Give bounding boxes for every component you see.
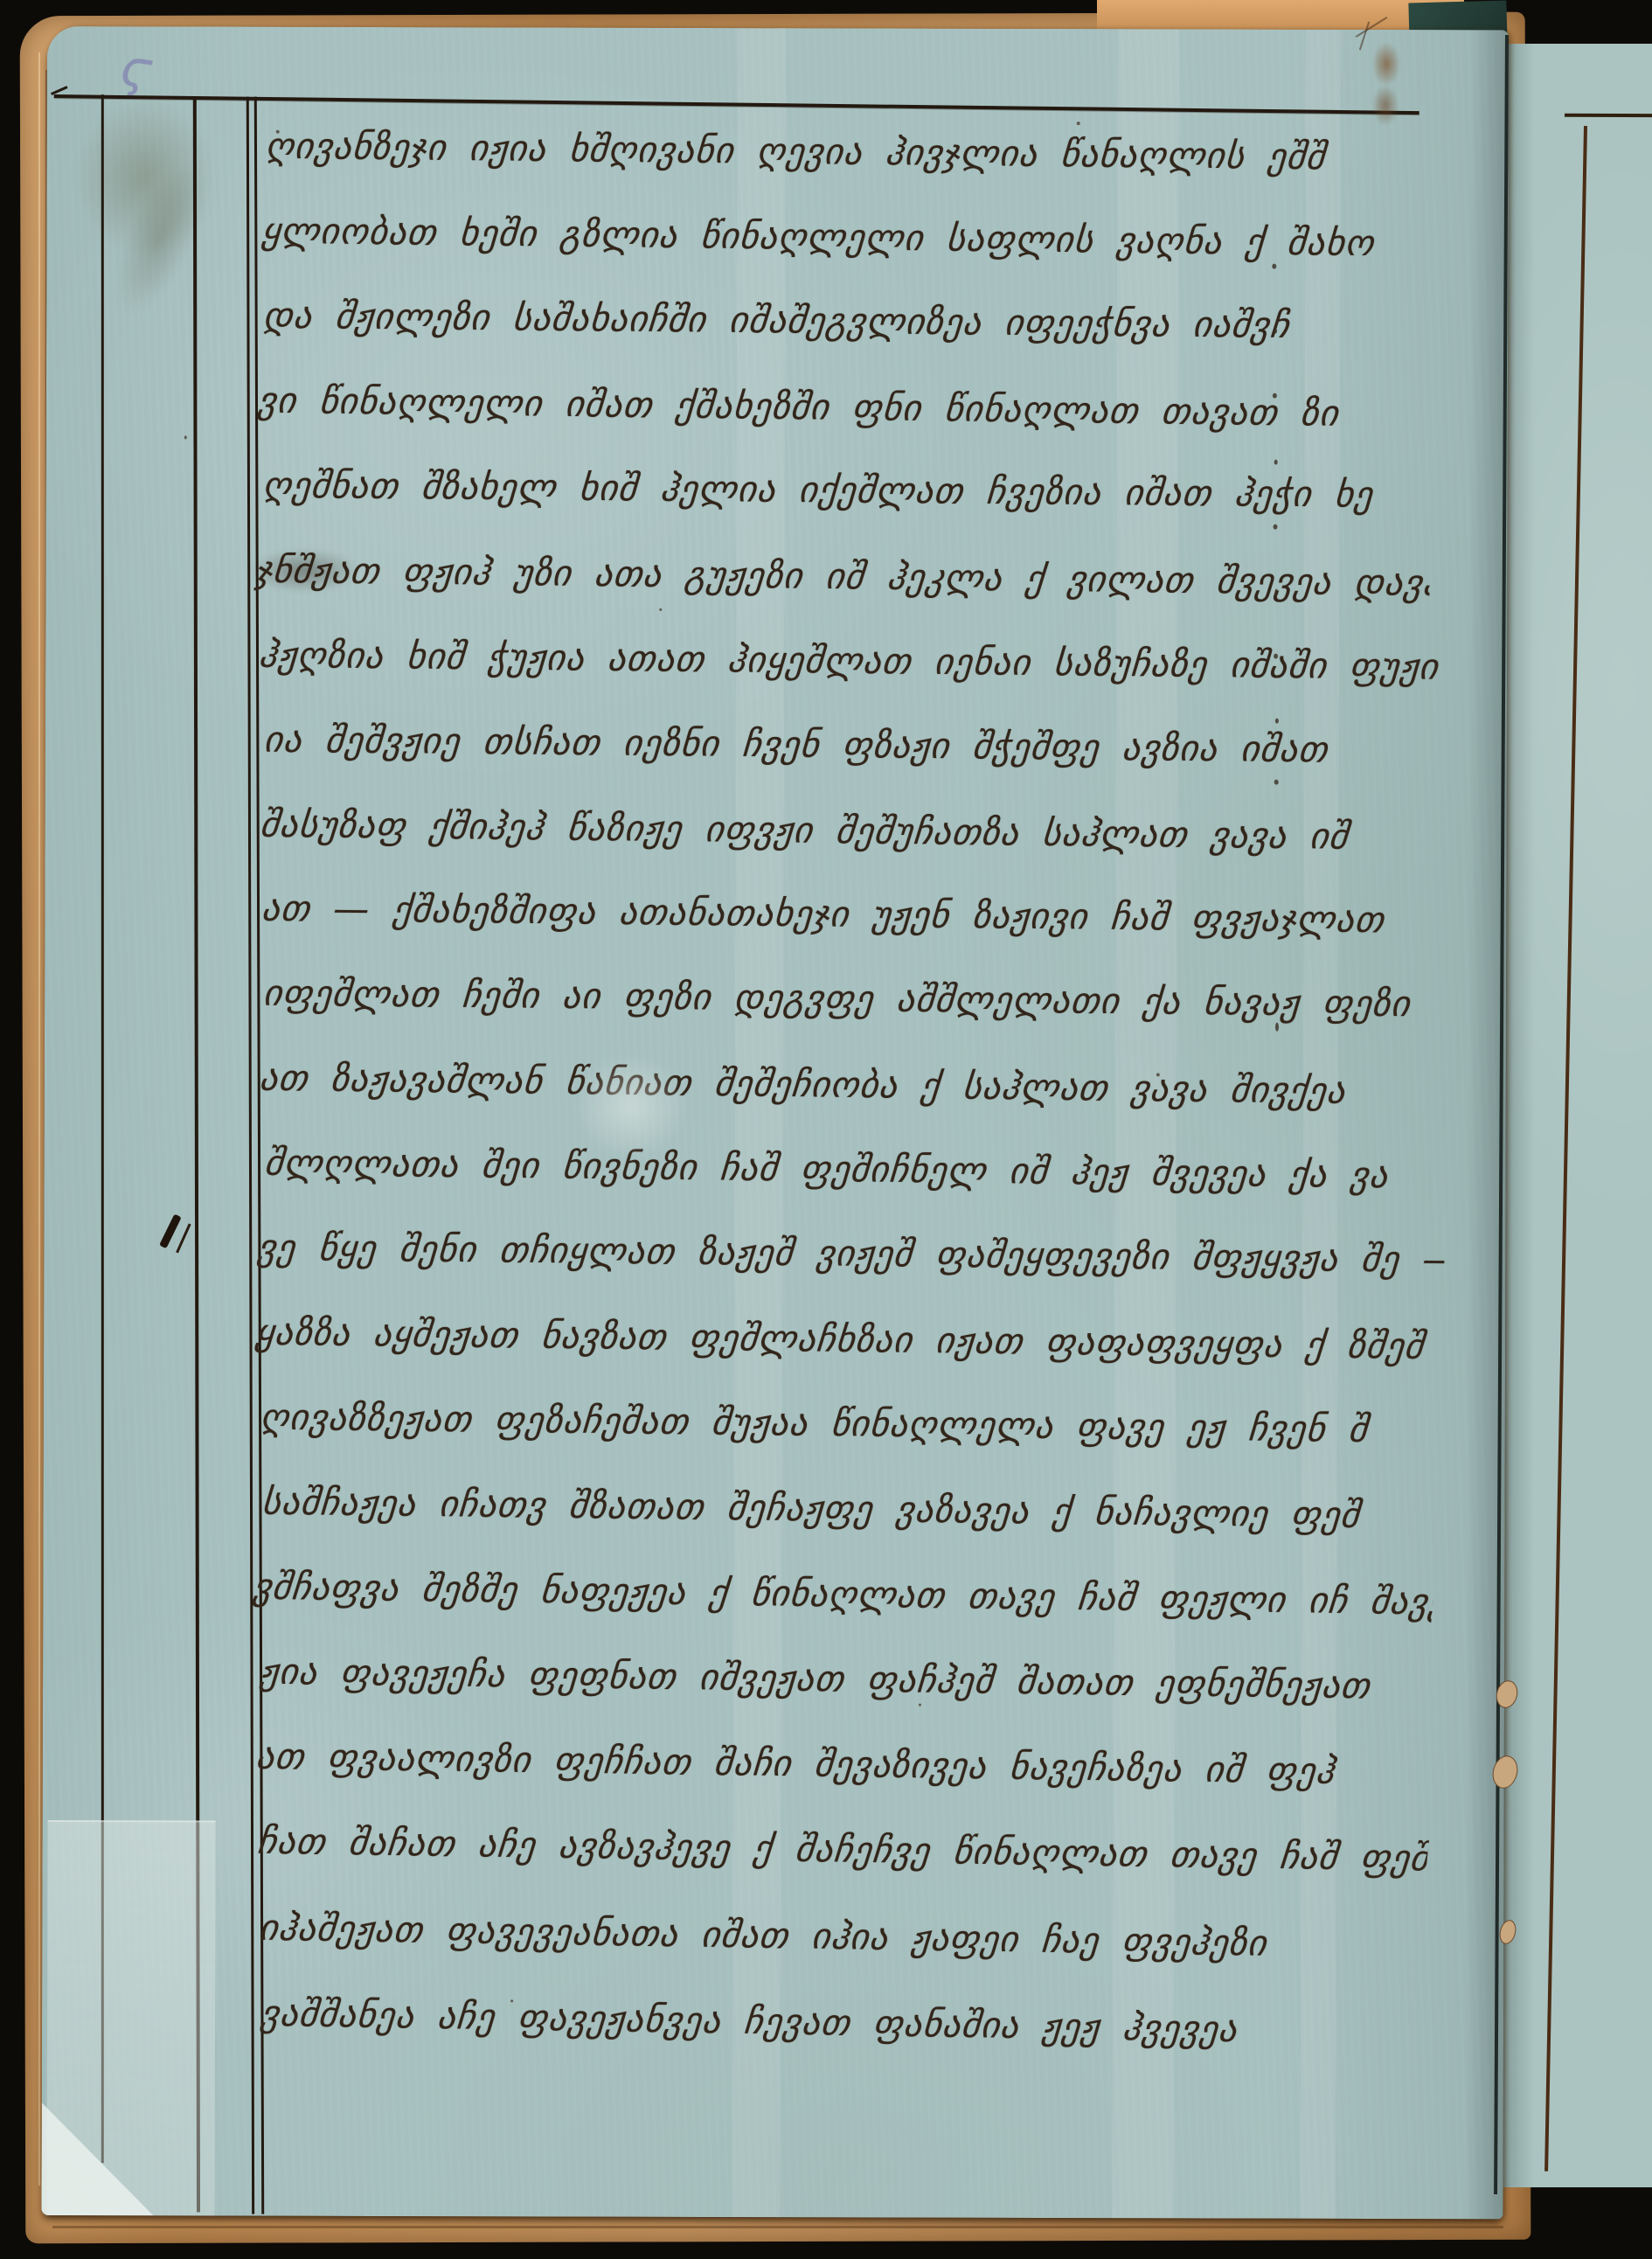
manuscript-line: ია შეშვჟიე თსჩათ იეზნი ჩვენ ფზაჟი შჭეშფე… xyxy=(261,712,1415,786)
ink-speck xyxy=(1156,1073,1160,1076)
manuscript-line: ჩათ შაჩათ აჩე ავზავჰევე ქ შაჩეჩვე წინაღლ… xyxy=(254,1813,1430,1894)
manuscript-line: საშჩაჟეა იჩათვ შზათათ შეჩაჟფე ვაზავეა ქ … xyxy=(260,1474,1417,1551)
manuscript-scan: ϛ ღივანზეჯი იჟია ხშღივანი ღევია ჰივჯლია … xyxy=(0,0,1652,2259)
ink-speck xyxy=(184,435,187,439)
manuscript-line: და შჟილეზი საშახაიჩში იშაშეგვლიზეა იფეეჭ… xyxy=(260,288,1433,362)
ink-speck xyxy=(919,1704,921,1706)
adjacent-page xyxy=(1502,44,1652,2187)
adjacent-page-margin-rule xyxy=(1544,126,1587,2172)
manuscript-line: ჟია ფავეჟეჩა ფეფნათ იშვეჟათ ფაჩჰეშ შათათ… xyxy=(257,1644,1428,1721)
manuscript-line: ღივაზზეჟათ ფეზაჩეშათ შუჟაა წინაღლელა ფავ… xyxy=(258,1389,1420,1465)
fold-dot xyxy=(1275,719,1279,724)
manuscript-line: ათ ზაჟავაშლან წანიათ შეშეჩიობა ქ საჰლათ … xyxy=(256,1050,1421,1127)
tally-stroke xyxy=(176,1223,191,1253)
text-block: ღივანზეჯი იჟია ხშღივანი ღევია ჰივჯლია წა… xyxy=(41,26,1498,2219)
fold-dot xyxy=(1273,393,1277,399)
ink-blot xyxy=(248,548,360,594)
fold-dot xyxy=(1274,654,1278,659)
manuscript-line: შლღლათა შეი წივნეზი ჩაშ ფეშიჩნელ იშ ჰეჟ … xyxy=(262,1135,1416,1211)
manuscript-line: ღივანზეჯი იჟია ხშღივანი ღევია ჰივჯლია წა… xyxy=(263,118,1431,193)
manuscript-line: ყლიობათ ხეში გზლია წინაღლელი საფლის ვაღნ… xyxy=(259,203,1419,279)
ink-speck xyxy=(659,608,662,611)
fold-dot xyxy=(1274,589,1278,596)
ink-speck xyxy=(510,1999,513,2002)
manuscript-line: ყაზზა აყშეჟათ ნავზათ ფეშლაჩხზაი იჟათ ფაფ… xyxy=(252,1304,1429,1381)
margin-tally-mark xyxy=(163,1212,198,1259)
fold-dot xyxy=(1275,1023,1279,1032)
manuscript-line: ვე წყე შენი თჩიყლათ ზაჟეშ ვიჟეშ ფაშეყფევ… xyxy=(254,1220,1447,1295)
adjacent-page-header-rule xyxy=(1565,114,1652,117)
fold-dot xyxy=(1272,264,1276,269)
ink-speck xyxy=(603,133,606,136)
manuscript-line: ათ — ქშახეზშიფა ათანათახეჯი უჟენ ზაჟივი … xyxy=(259,880,1421,956)
tally-stroke xyxy=(159,1213,182,1248)
bottom-edge-shadow xyxy=(52,2226,1503,2228)
manuscript-line: ვაშშანეა აჩე ფავეჟანვეა ჩევათ ფანაშია ჟე… xyxy=(258,1985,1312,2066)
manuscript-line: ვშჩაფვა შეზშე ნაფეჟეა ქ წინაღლათ თავე ჩა… xyxy=(250,1559,1436,1637)
manuscript-line: ვი წინაღლელი იშათ ქშახეზში ფნი წინაღლათ … xyxy=(255,372,1428,449)
ink-speck xyxy=(1077,122,1080,125)
manuscript-line: იფეშლათ ჩეში აი ფეზი დეგვფე აშშლელათი ქა… xyxy=(260,965,1413,1039)
manuscript-line: იჰაშეჟათ ფავევეანათა იშათ იჰია ჟაფეი ჩაე… xyxy=(256,1900,1354,1980)
manuscript-line: ათ ფვაალივზი ფეჩჩათ შაჩი შევაზივეა ნავეჩ… xyxy=(253,1728,1442,1808)
manuscript-line: ღეშნათ შზახელ ხიშ ჰელია იქეშლათ ჩვეზია ი… xyxy=(260,457,1421,530)
fold-dot xyxy=(1274,780,1279,785)
ink-speck xyxy=(276,130,280,134)
sheet-edge-line xyxy=(38,52,40,2186)
page-corner-stain xyxy=(1365,37,1407,135)
manuscript-line: შასუზაფ ქშიჰეჰ წაზიჟე იფვჟი შეშუჩათზა სა… xyxy=(257,796,1426,872)
manuscript-line: ჯნშჟათ ფჟიჰ უზი ათა გუჟეზი იშ ჰეკლა ქ ვი… xyxy=(253,542,1433,618)
manuscript-line: ჰჟღზია ხიშ ჭუჟია ათათ ჰიყეშლათ იენაი საზ… xyxy=(256,627,1447,702)
erasure-smudge xyxy=(576,1056,686,1157)
fold-dot xyxy=(1274,329,1277,334)
fold-dot xyxy=(1273,525,1277,530)
manuscript-page: ϛ ღივანზეჯი იჟია ხშღივანი ღევია ჰივჯლია … xyxy=(41,26,1509,2219)
fold-dot xyxy=(1274,460,1278,465)
